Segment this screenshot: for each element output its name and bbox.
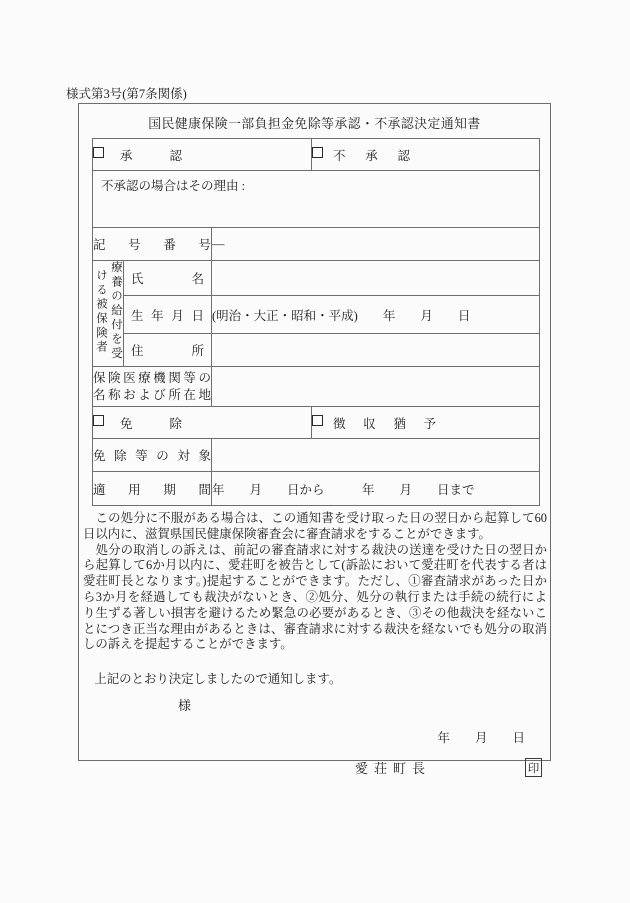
table-row: 生年月日 (明治・大正・昭和・平成) 年 月 日 <box>93 296 540 333</box>
appeal-paragraph-2: 処分の取消しの訴えは、前記の審査請求に対する裁決の送達を受けた日の翌日から起算し… <box>83 543 547 654</box>
address-label: 住所 <box>124 333 212 366</box>
table-row: 不承認の場合はその理由 : <box>93 171 540 228</box>
appeal-notes: この処分に不服がある場合は、この通知書を受け取った日の翌日から起算して60日以内… <box>83 511 547 653</box>
table-row: 免除 徴収猶予 <box>93 407 540 439</box>
symbol-number-label: 記号番号 <box>93 228 212 261</box>
insured-person-vertical-label: 療養の給付を受ける被保険者 <box>93 261 123 362</box>
birthdate-label: 生年月日 <box>124 296 212 333</box>
document-title: 国民健康保険一部負担金免除等承認・不承認決定通知書 <box>79 113 550 132</box>
deferral-cell: 徴収猶予 <box>312 407 540 439</box>
table-row: 療養の給付を受ける被保険者 氏名 <box>93 261 540 296</box>
deferral-checkbox[interactable] <box>312 415 323 426</box>
addressee-suffix: 様 <box>178 695 550 714</box>
disapproval-cell: 不承認 <box>312 139 540 171</box>
application-period-value: 年 月 日から 年 月 日まで <box>212 472 540 506</box>
table-row: 承認 不承認 <box>93 139 540 171</box>
name-value-cell <box>212 261 540 296</box>
appeal-paragraph-1: この処分に不服がある場合は、この通知書を受け取った日の翌日から起算して60日以内… <box>83 511 547 543</box>
exemption-label: 免除 <box>120 414 182 432</box>
issuer-line: 愛荘町長 印 <box>355 758 542 777</box>
document-page: 様式第3号(第7条関係) 国民健康保険一部負担金免除等承認・不承認決定通知書 承… <box>0 0 630 903</box>
date-line: 年 月 日 <box>79 728 525 746</box>
institution-value-cell <box>212 367 540 407</box>
table-row: 適用期間 年 月 日から 年 月 日まで <box>93 472 540 506</box>
approval-checkbox[interactable] <box>93 147 104 158</box>
symbol-number-value: ― <box>212 228 540 261</box>
birthdate-value: (明治・大正・昭和・平成) 年 月 日 <box>212 296 540 333</box>
insured-person-group-cell: 療養の給付を受ける被保険者 <box>93 261 124 367</box>
table-row: 免除等の対象 <box>93 439 540 472</box>
form-number-label: 様式第3号(第7条関係) <box>66 84 187 102</box>
application-period-label: 適用期間 <box>93 472 212 506</box>
exemption-cell: 免除 <box>93 407 312 439</box>
decision-notice: 上記のとおり決定しましたので通知します。 <box>82 669 550 687</box>
disapproval-checkbox[interactable] <box>312 147 323 158</box>
form-border-box: 国民健康保険一部負担金免除等承認・不承認決定通知書 承認 不承認 不承認の場合は… <box>78 103 551 761</box>
seal-mark: 印 <box>525 758 542 777</box>
address-value-cell <box>212 333 540 366</box>
exemption-target-value-cell <box>212 439 540 472</box>
exemption-target-label: 免除等の対象 <box>93 439 212 472</box>
table-row: 記号番号 ― <box>93 228 540 261</box>
table-row: 保険医療機関等の 名称および所在地 <box>93 367 540 407</box>
deferral-label: 徴収猶予 <box>333 414 436 432</box>
disapproval-label: 不承認 <box>333 146 410 164</box>
rejection-reason-cell: 不承認の場合はその理由 : <box>93 171 540 228</box>
approval-label: 承認 <box>120 146 182 164</box>
issuer-name: 愛荘町長 <box>355 758 431 777</box>
decision-table: 承認 不承認 不承認の場合はその理由 : 記号番号 ― 療養の給付を受ける被保険… <box>92 138 540 506</box>
approval-cell: 承認 <box>93 139 312 171</box>
institution-label: 保険医療機関等の 名称および所在地 <box>93 367 212 407</box>
table-row: 住所 <box>93 333 540 366</box>
name-label: 氏名 <box>124 261 212 296</box>
exemption-checkbox[interactable] <box>93 415 104 426</box>
